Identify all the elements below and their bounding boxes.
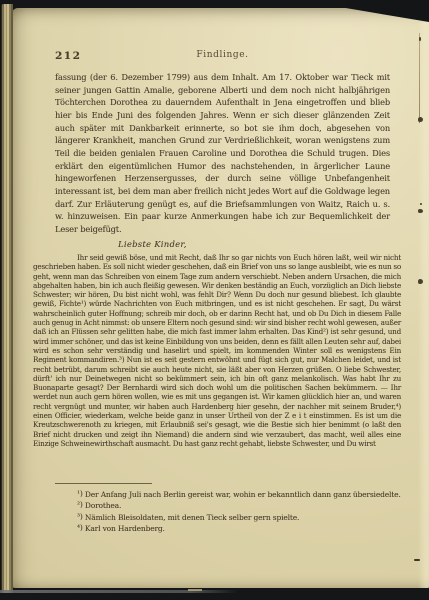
footnote: ⁴) Karl von Hardenberg. [33,523,401,534]
bottom-page-edge-highlight [188,589,202,591]
page-header: 212 Findlinge. [55,50,390,60]
book-scan: 212 Findlinge. fassung (der 6. Dezember … [0,0,429,600]
ink-speck [418,209,423,213]
footnote-text: Dorothea. [85,501,121,510]
ink-speck [420,203,422,205]
footnote-marker: ¹) [77,489,83,498]
footnote-text: Der Anfang Juli nach Berlin gereist war,… [85,490,401,499]
ink-speck [418,279,423,284]
letter-salutation: Liebste Kinder, [118,239,187,249]
ink-speck [419,37,421,41]
ink-speck [414,559,420,561]
footnote-marker: ²) [77,500,83,509]
footnote: ³) Nämlich Bleisoldaten, mit denen Tieck… [33,512,401,523]
book-page-edge-stack [0,4,13,593]
footnote-text: Karl von Hardenberg. [85,524,165,533]
footnote: ²) Dorothea. [33,500,401,511]
intro-paragraph: fassung (der 6. Dezember 1799) aus dem I… [55,71,390,236]
ink-speck [418,117,423,122]
letter-body: Ihr seid gewiß böse, und mit Recht, daß … [33,253,401,448]
running-header-title: Findlinge. [55,50,390,60]
book-page: 212 Findlinge. fassung (der 6. Dezember … [12,8,429,588]
footnote-marker: ³) [77,512,83,521]
footnote: ¹) Der Anfang Juli nach Berlin gereist w… [33,489,401,500]
footnote-separator-rule [55,483,152,484]
footnote-marker: ⁴) [77,523,83,532]
bottom-page-edge-shadow [0,590,238,593]
page-number: 212 [55,50,81,62]
footnote-text: Nämlich Bleisoldaten, mit denen Tieck se… [85,513,299,522]
ink-speck [36,342,38,344]
gutter-crease [419,33,421,123]
footnotes: ¹) Der Anfang Juli nach Berlin gereist w… [33,489,401,534]
